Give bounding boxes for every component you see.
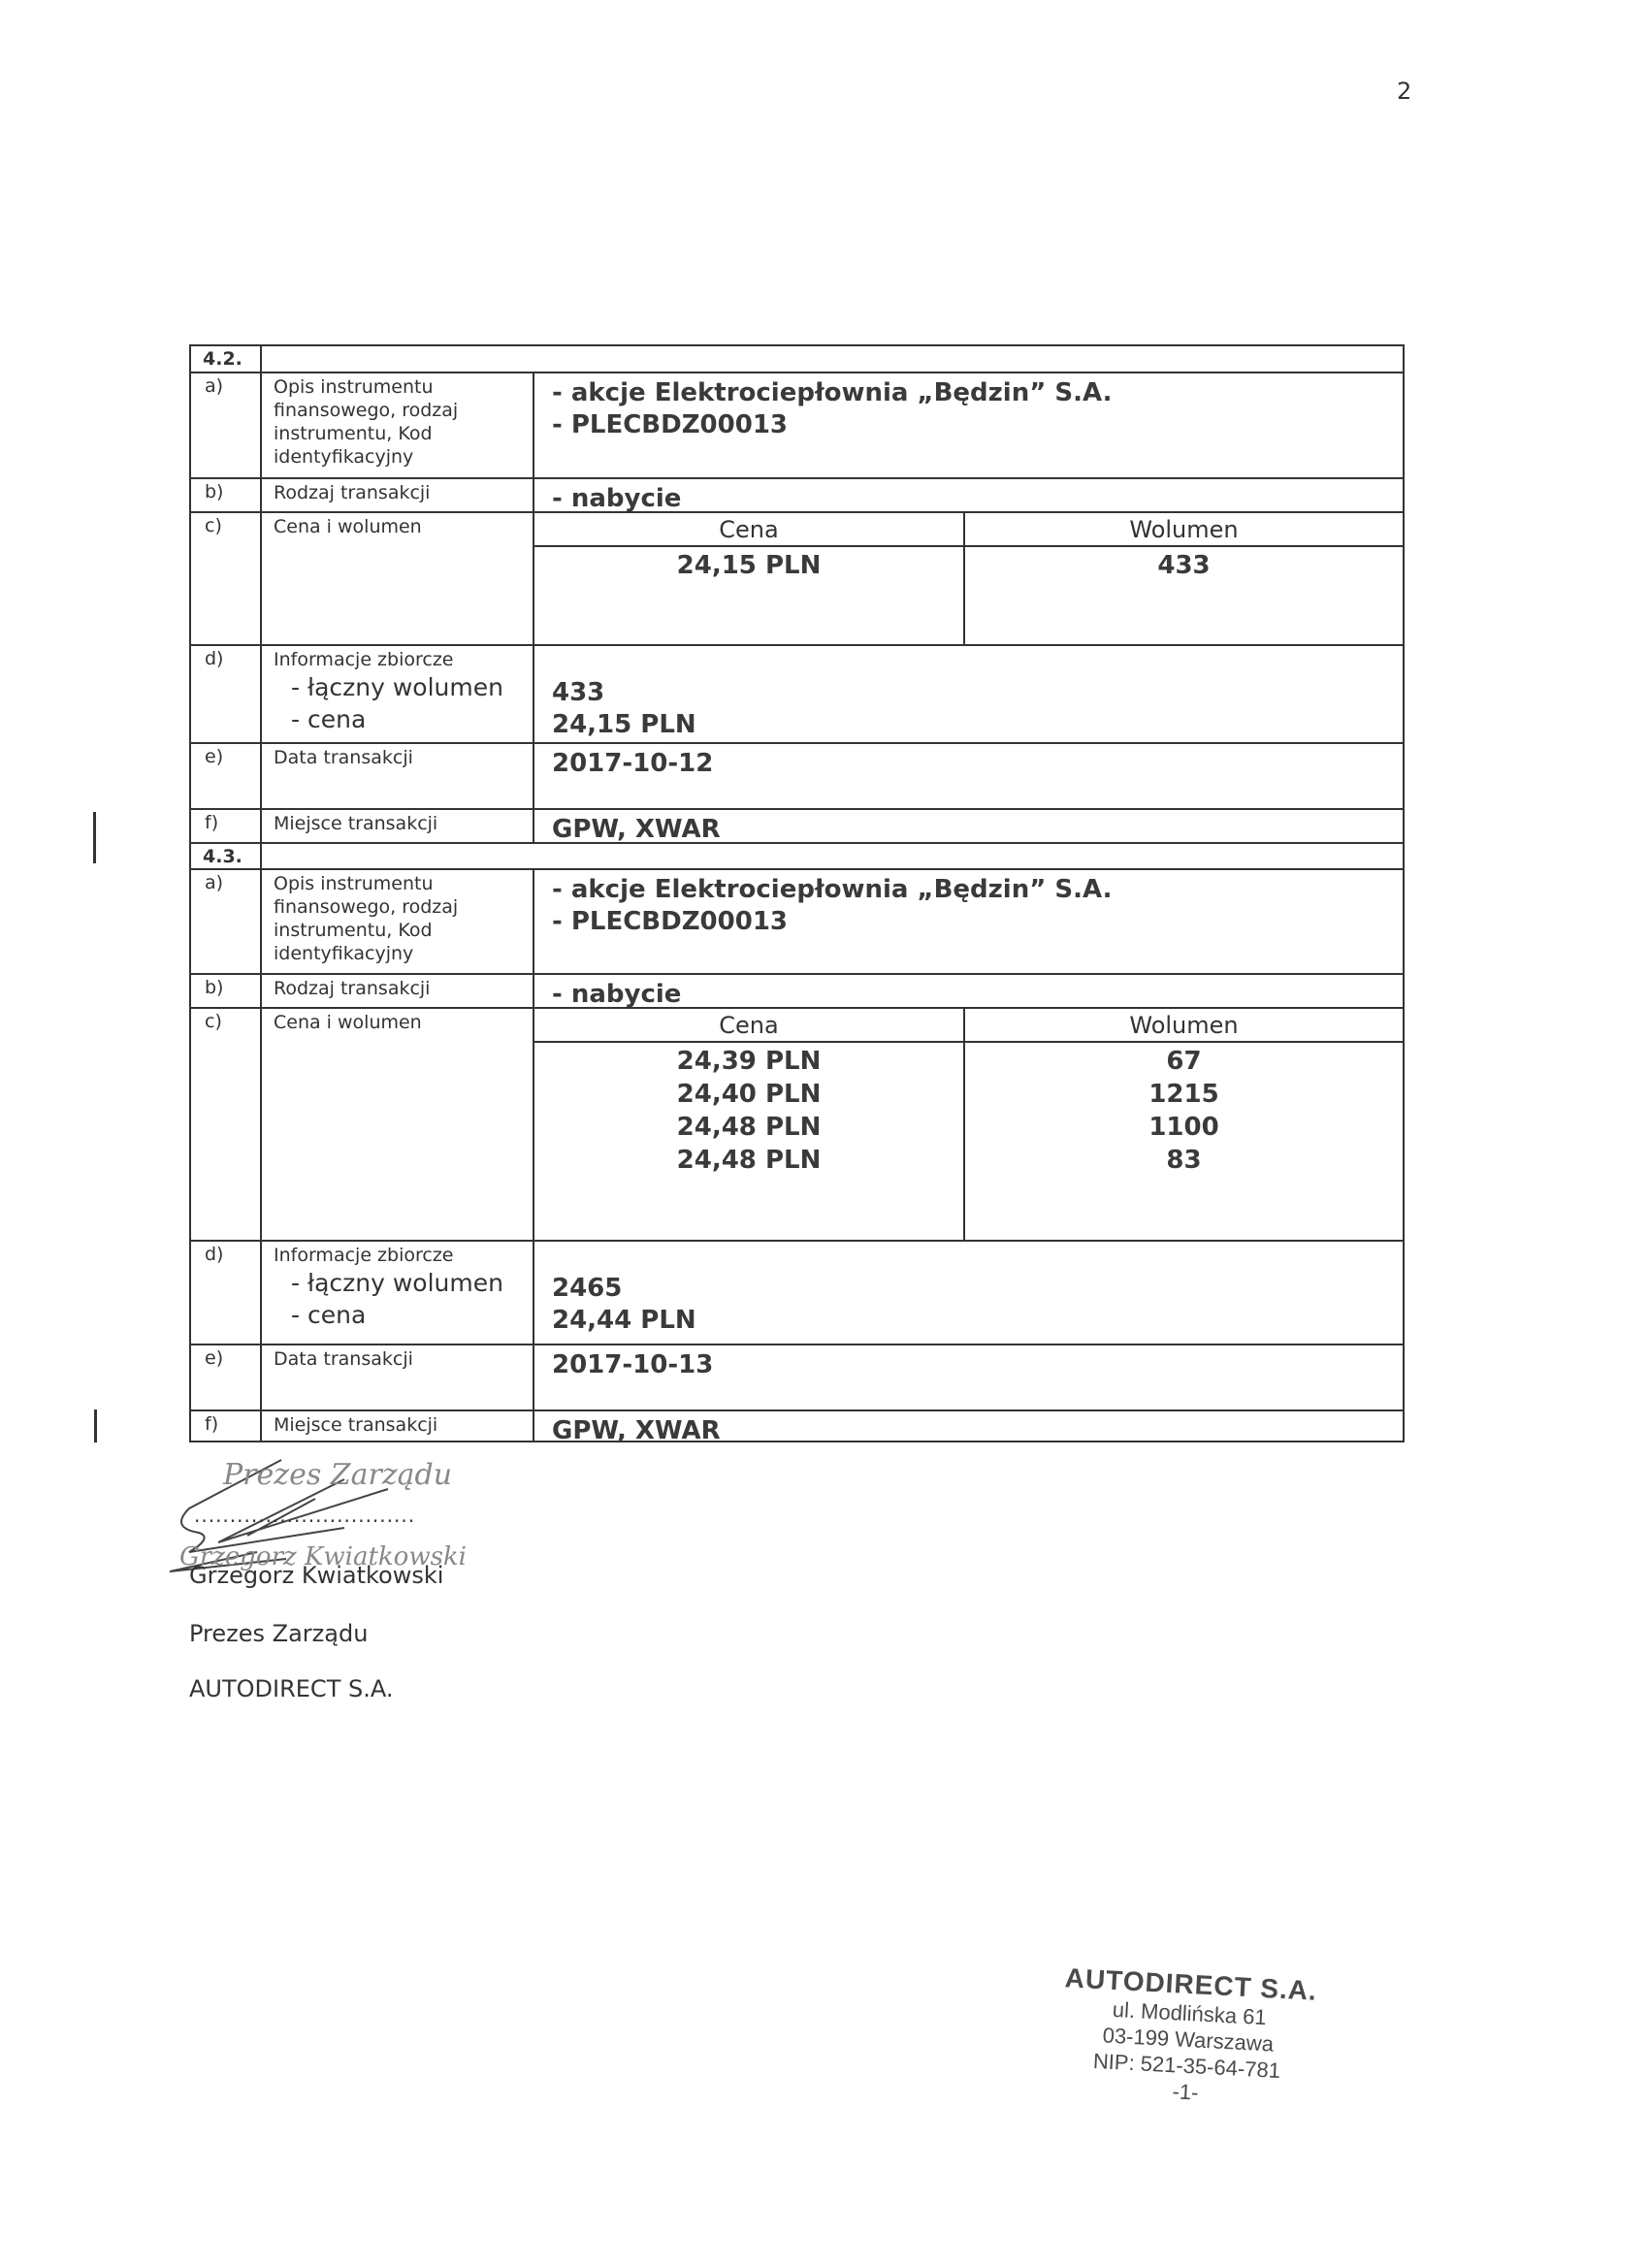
label-line: finansowego, rodzaj [274, 895, 533, 919]
transaction-type: - nabycie [534, 975, 1403, 1011]
table-row: c)Cena i wolumenCenaWolumen24,15 PLN433 [189, 511, 1405, 644]
price-value: 24,15 PLN [534, 549, 963, 582]
volume-value: 83 [965, 1144, 1403, 1177]
label-text: Cena i wolumen [274, 515, 533, 538]
row-letter: a) [191, 373, 262, 477]
average-price: 24,15 PLN [552, 709, 1403, 741]
sub-label: - łączny wolumen [274, 671, 533, 703]
section-header-row: 4.2. [189, 344, 1405, 372]
volume-value: 1100 [965, 1111, 1403, 1144]
section-number: 4.2. [191, 346, 262, 372]
total-volume: 2465 [552, 1273, 1403, 1305]
price-list: 24,15 PLN [534, 547, 965, 644]
label-text: Rodzaj transakcji [274, 481, 533, 504]
row-label: Data transakcji [262, 1345, 534, 1409]
row-value: CenaWolumen24,15 PLN433 [534, 513, 1403, 644]
summary-values: 43324,15 PLN [534, 646, 1403, 741]
row-value: CenaWolumen24,39 PLN24,40 PLN24,48 PLN24… [534, 1009, 1403, 1240]
label-line: identyfikacyjny [274, 942, 533, 965]
table-row: e)Data transakcji2017-10-12 [189, 742, 1405, 808]
row-letter: a) [191, 870, 262, 973]
volume-header: Wolumen [965, 1009, 1403, 1043]
row-value: - akcje Elektrociepłownia „Będzin” S.A.-… [534, 373, 1403, 477]
row-value: GPW, XWAR [534, 810, 1403, 842]
price-header: Cena [534, 1009, 965, 1043]
price-value: 24,39 PLN [534, 1045, 963, 1078]
table-row: b)Rodzaj transakcji- nabycie [189, 973, 1405, 1007]
row-letter: e) [191, 744, 262, 808]
row-label: Miejsce transakcji [262, 1411, 534, 1441]
row-letter: b) [191, 479, 262, 511]
row-value: 246524,44 PLN [534, 1242, 1403, 1344]
table-row: a)Opis instrumentufinansowego, rodzajins… [189, 868, 1405, 973]
row-value: 2017-10-13 [534, 1345, 1403, 1409]
volume-value: 67 [965, 1045, 1403, 1078]
label-text: Miejsce transakcji [274, 1413, 533, 1437]
row-label: Opis instrumentufinansowego, rodzajinstr… [262, 870, 534, 973]
signature-stamp-title: Prezes Zarządu [223, 1458, 452, 1492]
margin-change-bar [94, 1409, 97, 1442]
label-text: Cena i wolumen [274, 1011, 533, 1034]
signer-role: Prezes Zarządu [189, 1620, 368, 1647]
transaction-venue: GPW, XWAR [534, 810, 1403, 846]
row-label: Opis instrumentufinansowego, rodzajinstr… [262, 373, 534, 477]
row-value: GPW, XWAR [534, 1411, 1403, 1441]
label-text: Informacje zbiorcze [274, 1244, 533, 1267]
row-value: - akcje Elektrociepłownia „Będzin” S.A.-… [534, 870, 1403, 973]
table-row: c)Cena i wolumenCenaWolumen24,39 PLN24,4… [189, 1007, 1405, 1240]
row-letter: f) [191, 810, 262, 842]
signature-block: Prezes Zarządu .........................… [189, 1450, 597, 1615]
signature-line: ............................... [194, 1504, 415, 1527]
row-value: - nabycie [534, 975, 1403, 1007]
label-line: instrumentu, Kod [274, 919, 533, 942]
transaction-type: - nabycie [534, 479, 1403, 515]
price-list: 24,39 PLN24,40 PLN24,48 PLN24,48 PLN [534, 1043, 965, 1240]
row-label: Cena i wolumen [262, 513, 534, 644]
label-line: Opis instrumentu [274, 375, 533, 399]
total-volume: 433 [552, 677, 1403, 709]
price-value: 24,40 PLN [534, 1078, 963, 1111]
table-row: e)Data transakcji2017-10-13 [189, 1344, 1405, 1409]
row-label: Miejsce transakcji [262, 810, 534, 842]
label-line: finansowego, rodzaj [274, 399, 533, 422]
section-header-row: 4.3. [189, 842, 1405, 868]
average-price: 24,44 PLN [552, 1305, 1403, 1337]
table-row: f)Miejsce transakcjiGPW, XWAR [189, 808, 1405, 842]
sub-label: - cena [274, 1299, 533, 1331]
page-number: 2 [1397, 78, 1411, 105]
label-text: Miejsce transakcji [274, 812, 533, 835]
volume-value: 1215 [965, 1078, 1403, 1111]
row-letter: e) [191, 1345, 262, 1409]
sub-label: - cena [274, 703, 533, 735]
value-line: - akcje Elektrociepłownia „Będzin” S.A. [552, 874, 1403, 906]
row-label: Informacje zbiorcze- łączny wolumen- cen… [262, 1242, 534, 1344]
row-letter: f) [191, 1411, 262, 1441]
volume-header: Wolumen [965, 513, 1403, 547]
label-text: Data transakcji [274, 746, 533, 769]
instrument-description: - akcje Elektrociepłownia „Będzin” S.A.-… [534, 373, 1403, 441]
price-value: 24,48 PLN [534, 1144, 963, 1177]
table-row: f)Miejsce transakcjiGPW, XWAR [189, 1409, 1405, 1442]
label-text: Data transakcji [274, 1347, 533, 1371]
table-row: d)Informacje zbiorcze- łączny wolumen- c… [189, 1240, 1405, 1344]
row-value: - nabycie [534, 479, 1403, 511]
margin-change-bar [93, 812, 96, 863]
transaction-date: 2017-10-12 [534, 744, 1403, 780]
volume-value: 433 [965, 549, 1403, 582]
label-line: Opis instrumentu [274, 872, 533, 895]
transaction-date: 2017-10-13 [534, 1345, 1403, 1381]
signer-company: AUTODIRECT S.A. [189, 1675, 393, 1702]
row-value: 2017-10-12 [534, 744, 1403, 808]
row-label: Rodzaj transakcji [262, 975, 534, 1007]
signer-name: Grzegorz Kwiatkowski [189, 1562, 443, 1589]
label-line: instrumentu, Kod [274, 422, 533, 445]
table-row: b)Rodzaj transakcji- nabycie [189, 477, 1405, 511]
volume-list: 433 [965, 547, 1403, 644]
summary-values: 246524,44 PLN [534, 1242, 1403, 1337]
value-line: - akcje Elektrociepłownia „Będzin” S.A. [552, 377, 1403, 409]
price-header: Cena [534, 513, 965, 547]
transaction-venue: GPW, XWAR [534, 1411, 1403, 1447]
row-letter: d) [191, 1242, 262, 1344]
price-value: 24,48 PLN [534, 1111, 963, 1144]
row-letter: d) [191, 646, 262, 742]
value-line: - PLECBDZ00013 [552, 409, 1403, 441]
row-label: Cena i wolumen [262, 1009, 534, 1240]
row-letter: c) [191, 513, 262, 644]
row-value: 43324,15 PLN [534, 646, 1403, 742]
table-row: a)Opis instrumentufinansowego, rodzajins… [189, 372, 1405, 477]
volume-list: 671215110083 [965, 1043, 1403, 1240]
row-label: Rodzaj transakcji [262, 479, 534, 511]
section-number: 4.3. [191, 844, 262, 868]
label-text: Rodzaj transakcji [274, 977, 533, 1000]
label-line: identyfikacyjny [274, 445, 533, 469]
row-label: Informacje zbiorcze- łączny wolumen- cen… [262, 646, 534, 742]
sub-label: - łączny wolumen [274, 1267, 533, 1299]
instrument-description: - akcje Elektrociepłownia „Będzin” S.A.-… [534, 870, 1403, 938]
table-row: d)Informacje zbiorcze- łączny wolumen- c… [189, 644, 1405, 742]
row-letter: c) [191, 1009, 262, 1240]
row-label: Data transakcji [262, 744, 534, 808]
value-line: - PLECBDZ00013 [552, 906, 1403, 938]
row-letter: b) [191, 975, 262, 1007]
label-text: Informacje zbiorcze [274, 648, 533, 671]
company-stamp: AUTODIRECT S.A. ul. Modlińska 61 03-199 … [1045, 1962, 1333, 2113]
